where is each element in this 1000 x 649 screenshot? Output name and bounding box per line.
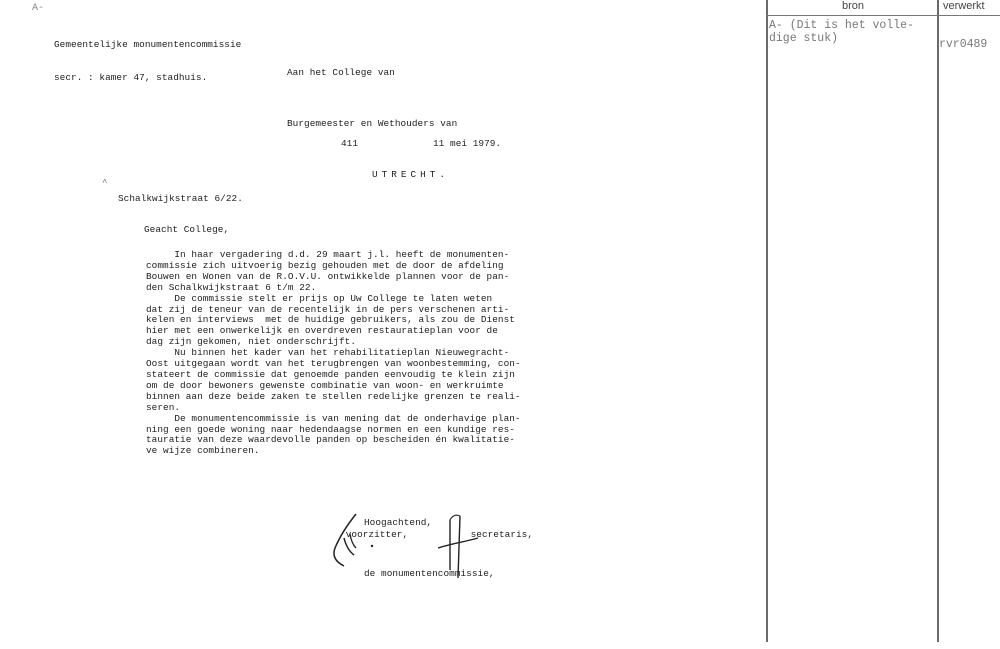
letter-page: A- Gemeentelijke monumentencommissie sec… <box>0 0 760 649</box>
subject-line: Schalkwijkstraat 6/22. <box>118 193 243 204</box>
handwritten-caret-icon: ^ <box>102 178 107 189</box>
chair-signature-icon <box>318 510 378 570</box>
addressee-city: UTRECHT. <box>287 166 457 183</box>
bron-value: A- (Dit is het volle- dige stuk) <box>769 19 914 45</box>
sender-line: Gemeentelijke monumentencommissie <box>54 39 241 50</box>
addressee-line: Aan het College van <box>287 64 457 81</box>
body-line: seren. <box>146 403 521 414</box>
letter-date: 11 mei 1979. <box>433 138 501 149</box>
header-bron: bron <box>842 0 864 12</box>
letter-body: In haar vergadering d.d. 29 maart j.l. h… <box>146 250 521 457</box>
salutation: Geacht College, <box>144 224 229 235</box>
addressee-line: Burgemeester en Wethouders van <box>287 115 457 132</box>
body-line: De monumentencommissie is van mening dat… <box>146 414 521 425</box>
body-line: De commissie stelt er prijs op Uw Colleg… <box>146 294 521 305</box>
body-line: ve wijze combineren. <box>146 446 521 457</box>
archive-mark: A- <box>32 3 44 14</box>
table-left-border <box>766 0 768 642</box>
table-column-divider <box>937 0 939 642</box>
verwerkt-value: rvr0489 <box>939 38 987 51</box>
secretary-signature-icon <box>438 512 488 582</box>
addressee-block: Aan het College van Burgemeester en Weth… <box>287 30 457 217</box>
header-verwerkt: verwerkt <box>943 0 985 12</box>
sender-block: Gemeentelijke monumentencommissie secr. … <box>54 17 241 105</box>
archive-side-table: bron verwerkt A- (Dit is het volle- dige… <box>766 0 1000 649</box>
reference-number: 411 <box>341 138 358 149</box>
body-line: binnen aan deze beide zaken te stellen r… <box>146 392 521 403</box>
table-header-divider <box>766 15 1000 16</box>
body-line: den Schalkwijkstraat 6 t/m 22. <box>146 283 521 294</box>
sender-line: secr. : kamer 47, stadhuis. <box>54 72 241 83</box>
